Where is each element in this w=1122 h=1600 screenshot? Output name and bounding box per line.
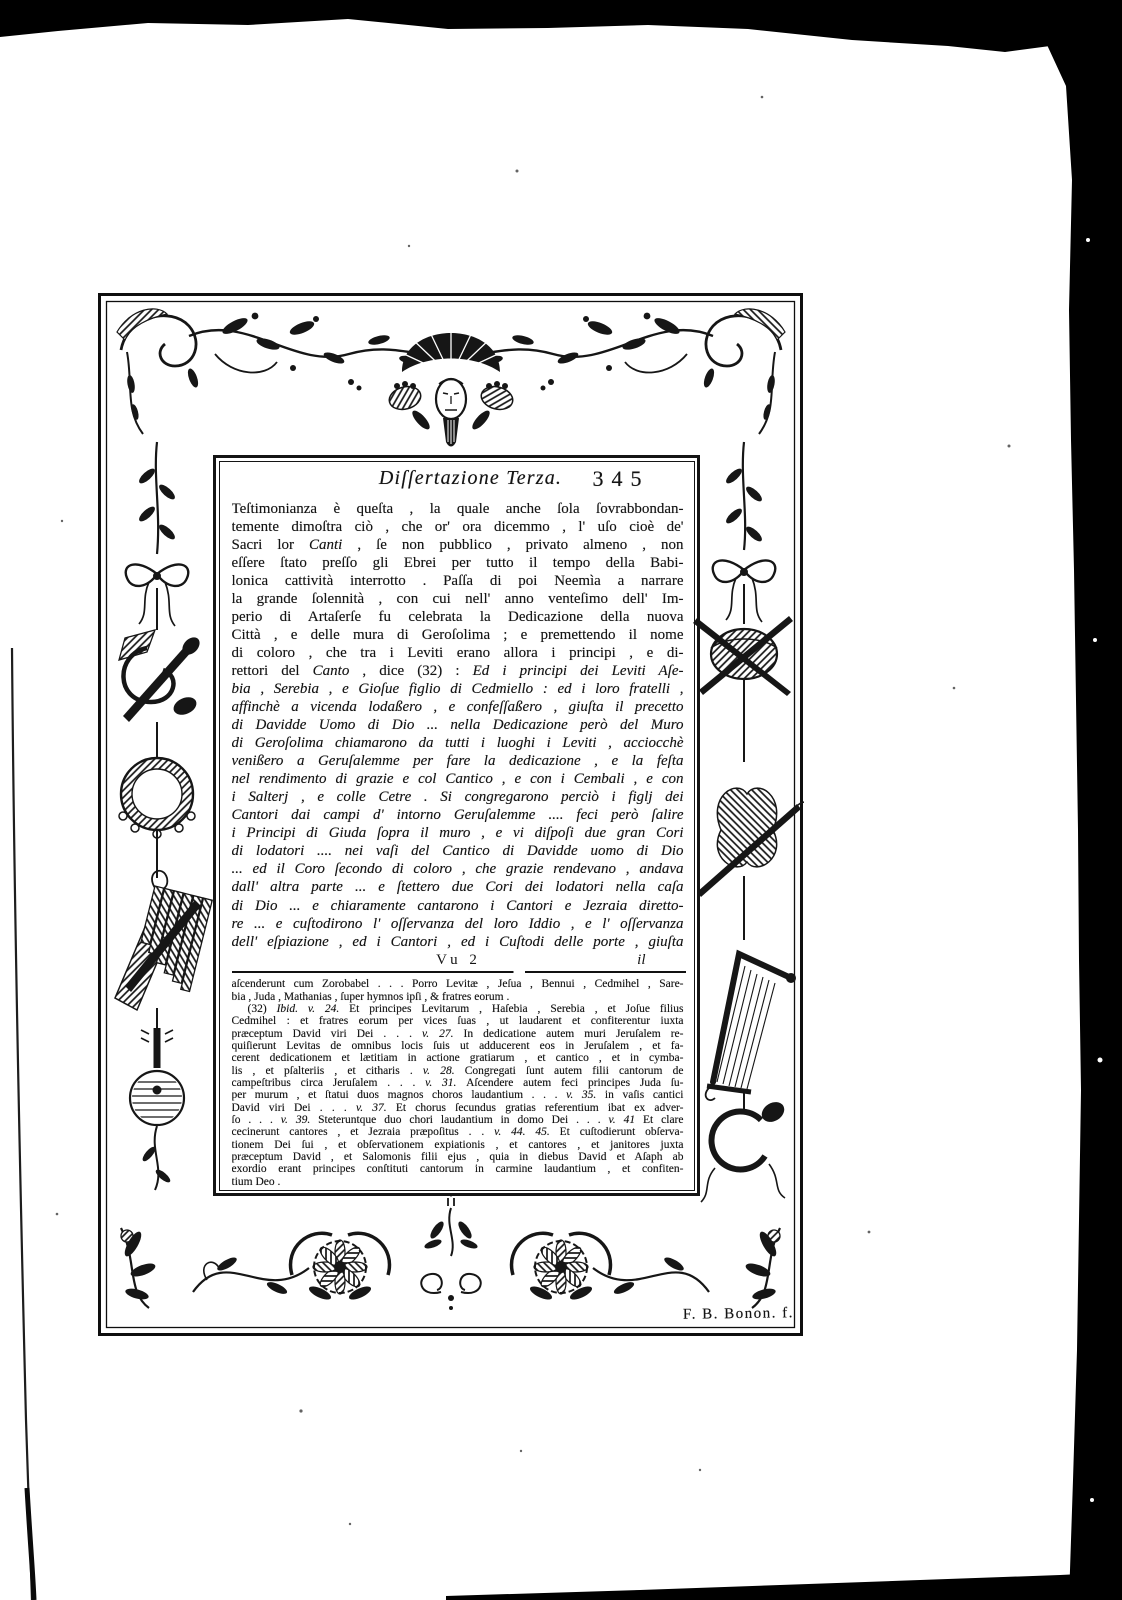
footnote-line: tium Deo . xyxy=(232,1176,684,1188)
body-text-line: i Principi di Giuda ſopra il muro , e vi… xyxy=(232,824,684,842)
footnote-line: (32) Ibid. v. 24. Et principes Levitarum… xyxy=(232,1003,684,1015)
chapter-title: Diſſertazione Terza. xyxy=(379,467,562,490)
text-frame-inner-rule: Diſſertazione Terza. 345 Teſtimonianza è… xyxy=(219,461,695,1191)
ornament-mask-icon xyxy=(387,322,516,447)
body-text-line: re ... e cuſtodirono l' oſſervanza del l… xyxy=(232,915,684,933)
body-text-line: i Salterj , e colle Cetre . Si congregar… xyxy=(232,788,684,806)
scan-white-nicks xyxy=(1086,238,1103,1502)
body-text-line: di Dio ... e chiaramente cantarono i Can… xyxy=(232,897,684,915)
body-text-line: nel rendimento di grazie e col Cantico ,… xyxy=(232,770,684,788)
body-text-line: Città , e delle mura di Geroſolima ; e p… xyxy=(232,626,684,644)
catchword-line: Vu 2 il xyxy=(232,952,686,969)
body-text-line: Sacri lor Canti , ſe non pubblico , priv… xyxy=(232,536,684,554)
body-text-line: bia , Serebia , e Gioſue figlio di Cedmi… xyxy=(232,680,684,698)
footnote-line: David viri Dei . . . v. 37. Et chorus ſe… xyxy=(232,1102,684,1114)
page-header: Diſſertazione Terza. 345 xyxy=(232,467,686,494)
footnote-line: lis , et pſalteriis , et citharis . v. 2… xyxy=(232,1065,684,1077)
footnote-line: per murum , et ſtatui duos magnos choros… xyxy=(232,1089,684,1101)
catchword: il xyxy=(637,952,645,969)
footnote-line: campeſtribus circa Jeruſalem . . . v. 31… xyxy=(232,1077,684,1089)
body-text-line: la grande ſolennità , con cui nell' anno… xyxy=(232,590,684,608)
body-text-line: venißero a Geruſalemme per fare la dedic… xyxy=(232,752,684,770)
engraver-signature: F. B. Bonon. f. xyxy=(683,1305,794,1324)
instrument-trophy-right-icon xyxy=(693,442,804,1202)
ornament-bottom-band-icon xyxy=(121,1194,780,1311)
signature-mark: Vu 2 xyxy=(232,952,686,969)
footnote-text: aſcenderunt cum Zorobabel . . . Porro Le… xyxy=(232,978,684,1188)
body-text-line: rettori del Canto , dice (32) : Ed i pri… xyxy=(232,662,684,680)
body-text: Teſtimonianza è queſta , la quale anche … xyxy=(232,500,684,951)
body-text-line: di Davidde Uomo di Dio ... nella Dedicaz… xyxy=(232,716,684,734)
footnote-line: quiſierunt Levitas de omnibus locis ſuis… xyxy=(232,1040,684,1052)
footnote-line: bia , Juda , Mathanias , ſuper hymnos ip… xyxy=(232,991,684,1003)
scan-edge-top xyxy=(0,0,1122,58)
footnote-line: aſcenderunt cum Zorobabel . . . Porro Le… xyxy=(232,978,684,990)
scan-edge-right xyxy=(1035,0,1122,1600)
body-text-line: Teſtimonianza è queſta , la quale anche … xyxy=(232,500,684,518)
footnote-line: cerent dedicationem et lætitiam in actio… xyxy=(232,1052,684,1064)
body-text-line: di coloro , che tra i Leviti erano allor… xyxy=(232,644,684,662)
body-text-line: dell' eſpiazione , ed i Cantori , ed i C… xyxy=(232,933,684,951)
gutter-fold-line xyxy=(12,648,34,1600)
rosette-left-icon xyxy=(291,1233,390,1302)
body-text-line: lonica cattività interrotto . Paſſa di p… xyxy=(232,572,684,590)
body-text-line: eſſere ſtato preſſo gli Ebrei per tutto … xyxy=(232,554,684,572)
instrument-trophy-left-icon xyxy=(115,442,212,1190)
rosette-right-icon xyxy=(512,1233,611,1302)
body-text-line: perio di Artaſerſe fu celebrata la Dedic… xyxy=(232,608,684,626)
footnote-line: ſo . . . v. 39. Steteruntque duo chori l… xyxy=(232,1114,684,1126)
engraved-border-frame: Diſſertazione Terza. 345 Teſtimonianza è… xyxy=(97,292,804,1337)
footnote-line: præceptum David viri Dei . . . v. 27. In… xyxy=(232,1028,684,1040)
body-text-line: Cantori dai campi d' intorno Geruſalemme… xyxy=(232,806,684,824)
scan-bottom-bar xyxy=(446,1572,1122,1600)
page-number: 345 xyxy=(593,466,650,492)
body-text-line: affinchè a vicenda lodaßero , e confeſſa… xyxy=(232,698,684,716)
body-text-line: di lodatori .... nei vaſi del Cantico di… xyxy=(232,842,684,860)
footnote-line: exordio erant principes conſtituti canto… xyxy=(232,1163,684,1175)
scanned-book-page: { "colors": { "paper": "#ffffff", "ink":… xyxy=(0,0,1122,1600)
body-text-line: dall' altra parte ... e ſtettero due Cor… xyxy=(232,878,684,896)
body-text-line: ... ed il Coro ſecondo di coloro , che g… xyxy=(232,860,684,878)
footnote-line: cecinerunt cantores , et Jezraia præpoſi… xyxy=(232,1126,684,1138)
footnote-line: præceptum David , et Salomonis filii eju… xyxy=(232,1151,684,1163)
text-frame: Diſſertazione Terza. 345 Teſtimonianza è… xyxy=(213,455,700,1196)
footnote-line: Cedmihel : et fratres eorum per vices ſu… xyxy=(232,1015,684,1027)
footnote-line: tionem Dei ſui , et obſervationem expiat… xyxy=(232,1139,684,1151)
body-text-line: temente dimoſtra ciò , che or' ora dicem… xyxy=(232,518,684,536)
footnote-rule xyxy=(232,971,686,974)
body-text-line: di Geroſolima chiamarono da tutti i luog… xyxy=(232,734,684,752)
